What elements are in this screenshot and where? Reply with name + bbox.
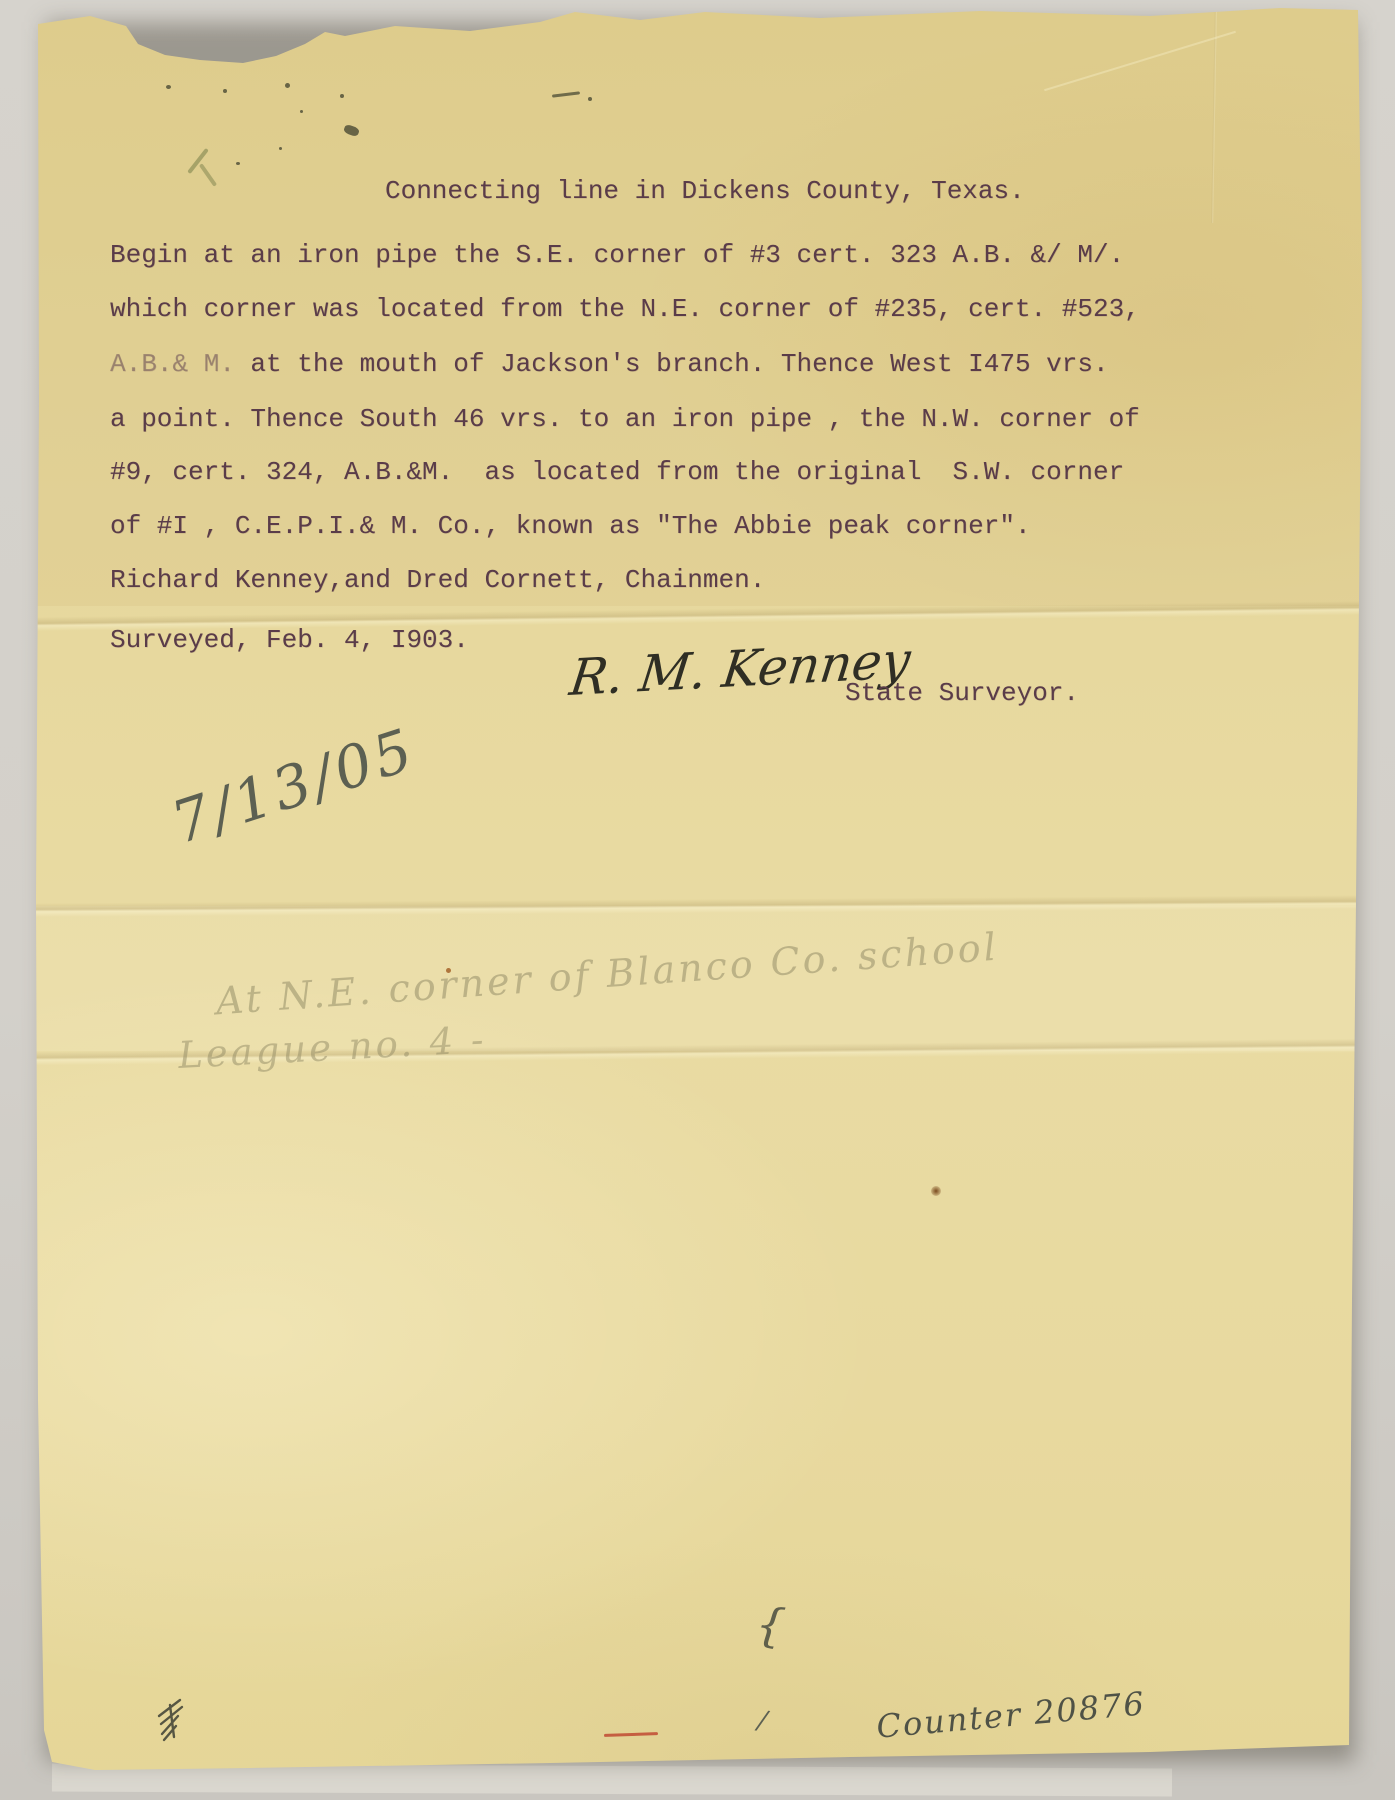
counter-number-note: Counter 20876	[875, 1684, 1147, 1745]
typewritten-line: Richard Kenney,and Dred Cornett, Chainme…	[110, 565, 765, 595]
line-text: at the mouth of Jackson's branch. Thence…	[235, 349, 1109, 379]
red-pencil-mark	[604, 1732, 658, 1737]
line-text: of #I , C.E.P.I.& M. Co., known as "The …	[110, 511, 1031, 541]
pencil-date-note: 7/13/05	[164, 715, 424, 857]
scribble-strokes	[150, 1697, 190, 1743]
ink-speck	[223, 89, 227, 93]
typewritten-line: A.B.& M. at the mouth of Jackson's branc…	[110, 349, 1109, 379]
ink-speck	[236, 162, 240, 165]
ink-speck	[588, 97, 592, 101]
faded-text: A.B.& M.	[110, 349, 235, 379]
line-text: #9, cert. 324, A.B.&M. as located from t…	[110, 457, 1124, 487]
under-sheet-edge	[52, 1764, 1172, 1797]
typewritten-line: Begin at an iron pipe the S.E. corner of…	[110, 240, 1124, 270]
pencil-scribble	[150, 1697, 190, 1748]
typewritten-line: of #I , C.E.P.I.& M. Co., known as "The …	[110, 511, 1031, 541]
line-text: Begin at an iron pipe the S.E. corner of…	[110, 240, 1124, 270]
line-text: which corner was located from the N.E. c…	[110, 294, 1140, 324]
ink-speck	[340, 94, 344, 98]
ink-speck	[279, 147, 282, 150]
stain-spot	[931, 1186, 941, 1196]
tick-mark: /	[756, 1706, 769, 1737]
ink-speck	[166, 85, 171, 89]
ink-speck	[285, 83, 290, 88]
surveyed-date-line: Surveyed, Feb. 4, I903.	[110, 625, 469, 655]
line-text: Richard Kenney,and Dred Cornett, Chainme…	[110, 565, 765, 595]
document-title: Connecting line in Dickens County, Texas…	[385, 176, 1025, 206]
scanned-document: Connecting line in Dickens County, Texas…	[0, 0, 1395, 1800]
ink-speck	[300, 110, 303, 113]
surveyor-title: State Surveyor.	[845, 678, 1079, 708]
typewritten-line: a point. Thence South 46 vrs. to an iron…	[110, 404, 1140, 434]
paper-sheet: Connecting line in Dickens County, Texas…	[0, 0, 1395, 1800]
line-text: a point. Thence South 46 vrs. to an iron…	[110, 404, 1140, 434]
typewritten-line: which corner was located from the N.E. c…	[110, 294, 1140, 324]
typewritten-line: #9, cert. 324, A.B.&M. as located from t…	[110, 457, 1124, 487]
brace-mark: {	[753, 1597, 788, 1654]
